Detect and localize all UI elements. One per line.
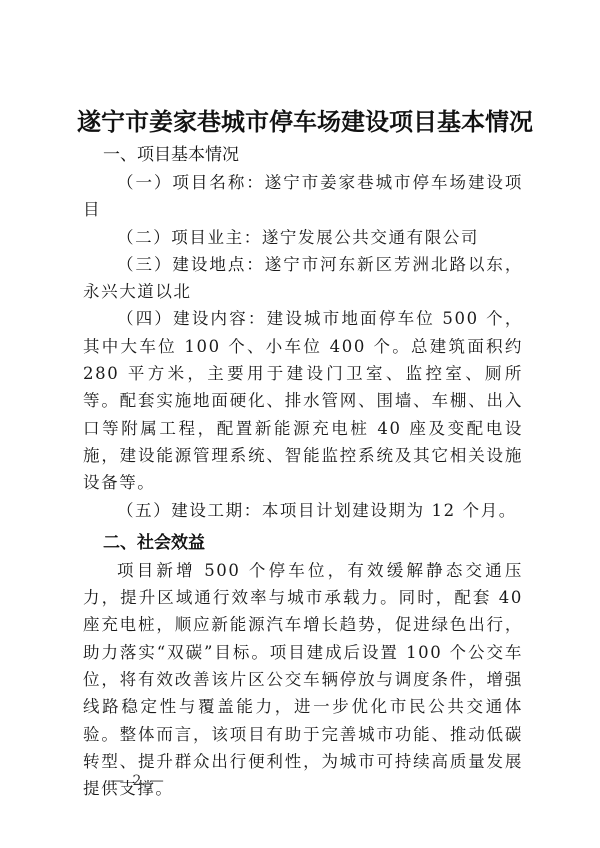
item-text: 本项目计划建设期为 12 个月。: [262, 501, 517, 520]
document-page: 遂宁市姜家巷城市停车场建设项目基本情况 一、项目基本情况 （一）项目名称：遂宁市…: [83, 102, 523, 803]
item-text: 遂宁发展公共交通有限公司: [262, 228, 479, 247]
document-title: 遂宁市姜家巷城市停车场建设项目基本情况: [77, 102, 529, 142]
item-text: 建设城市地面停车位 500 个，其中大车位 100 个、小车位 400 个。总建…: [83, 309, 523, 492]
item-label: （五）建设工期：: [117, 501, 262, 520]
item-period: （五）建设工期：本项目计划建设期为 12 个月。: [83, 497, 523, 524]
item-location: （三）建设地点：遂宁市河东新区芳洲北路以东，永兴大道以北: [83, 251, 523, 306]
item-label: （二）项目业主：: [117, 228, 262, 247]
section-heading-basic-info: 一、项目基本情况: [83, 142, 523, 169]
social-benefits-paragraph: 项目新增 500 个停车位，有效缓解静态交通压力，提升区域通行效率与城市承载力。…: [83, 557, 523, 803]
item-project-owner: （二）项目业主：遂宁发展公共交通有限公司: [83, 224, 523, 251]
item-label: （四）建设内容：: [117, 309, 267, 328]
item-label: （三）建设地点：: [117, 255, 265, 274]
item-content: （四）建设内容：建设城市地面停车位 500 个，其中大车位 100 个、小车位 …: [83, 305, 523, 496]
section-heading-social-benefits: 二、社会效益: [83, 530, 523, 557]
item-label: （一）项目名称：: [117, 173, 265, 192]
page-number: — 2 —: [110, 773, 166, 789]
item-project-name: （一）项目名称：遂宁市姜家巷城市停车场建设项目: [83, 169, 523, 224]
